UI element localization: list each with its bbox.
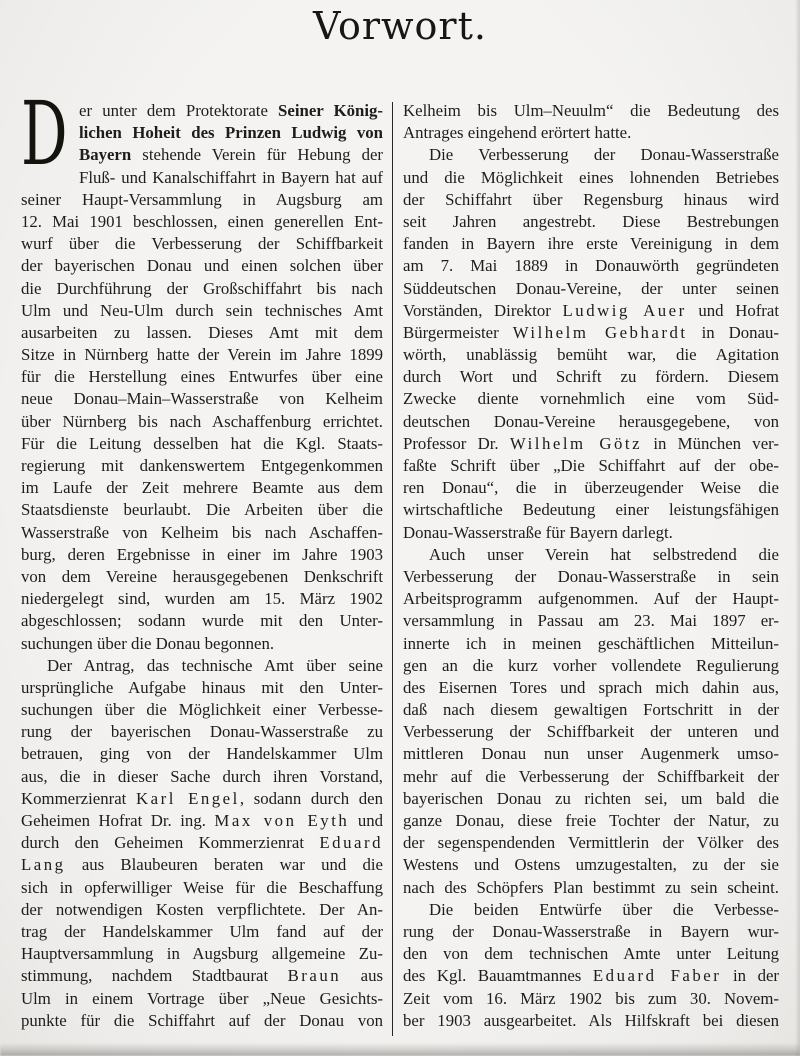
text-line: von dem Vereine herausgegebenen Denkschr… [21, 566, 383, 588]
text-segment: Antrages eingehend erörtert hatte. [403, 123, 631, 142]
text-segment: faßte Schrift über „Die Schiffahrt auf d… [403, 456, 779, 475]
text-segment: durch den Geheimen Kommerzienrat [21, 833, 319, 852]
text-line: regierung mit dankenswertem Entgegenkomm… [21, 455, 383, 477]
text-segment: , sodann durch den [240, 789, 383, 808]
text-line: er unter dem Protektorate Seiner König- [79, 100, 383, 122]
text-line: mehr auf die Verbesserung der Schiffbark… [403, 766, 779, 788]
text-segment: in München ver- [642, 434, 779, 453]
text-line: Die beiden Entwürfe über die Verbesse- [403, 899, 779, 921]
text-line: Westens und Ostens umzugestalten, zu der… [403, 854, 779, 876]
text-line: Bürgermeister Wilhelm Gebhardt in Donau- [403, 322, 779, 344]
text-line: rung der Donau-Wasserstraße in Bayern wu… [403, 921, 779, 943]
text-line: innerte ich in meinen geschäftlichen Mit… [403, 633, 779, 655]
text-line: Antrages eingehend erörtert hatte. [403, 122, 779, 144]
text-segment: ursprüngliche Aufgabe hinaus mit den Unt… [21, 678, 383, 697]
text-line: wirtschaftliche Bedeutung einer leistung… [403, 499, 779, 521]
text-segment: suchungen über die Möglichkeit einer Ver… [21, 700, 383, 719]
text-segment: daß nach diesem gewaltigen Fortschritt i… [403, 700, 779, 719]
text-segment: bayerischen Donau zu richten sei, um bal… [403, 789, 779, 808]
text-segment: fanden in Bayern ihre erste Vereinigung … [403, 234, 779, 253]
text-segment: des Eisernen Tores und sprach mich dahin… [403, 678, 779, 697]
text-line: Donau-Wasserstraße für Bayern darlegt. [403, 522, 779, 544]
text-line: Kelheim bis Ulm–Neuulm“ die Bedeutung de… [403, 100, 779, 122]
person-name: Max von Eyth [214, 811, 349, 830]
text-line: Der Antrag, das technische Amt über sein… [21, 655, 383, 677]
text-line: des Eisernen Tores und sprach mich dahin… [403, 677, 779, 699]
text-segment: Der Antrag, das technische Amt über sein… [47, 656, 383, 675]
text-line: sich in opferwilliger Weise für die Besc… [21, 877, 383, 899]
text-segment: ganze Donau, diese freie Tochter der Nat… [403, 811, 779, 830]
text-line: Zwecke diente vornehmlich eine vom Süd- [403, 388, 779, 410]
text-segment: 12. Mai 1901 beschlossen, einen generell… [21, 212, 383, 231]
text-segment: über Nürnberg bis nach Aschaffenburg err… [21, 412, 383, 431]
text-line: mittleren Donau nun unser Augenmerk umso… [403, 743, 779, 765]
person-name: Eduard Faber [593, 966, 721, 985]
text-segment: Geheimen Hofrat Dr. ing. [21, 811, 214, 830]
text-segment: Die beiden Entwürfe über die Verbesse- [429, 900, 779, 919]
text-line: Geheimen Hofrat Dr. ing. Max von Eyth un… [21, 810, 383, 832]
text-line: die Durchführung der Großschiffahrt bis … [21, 278, 383, 300]
text-line: abgeschlossen; sodann wurde mit den Unte… [21, 610, 383, 632]
text-segment: aus, die in dieser Sache durch ihren Vor… [21, 767, 383, 786]
text-segment: Die Verbesserung der Donau-Wasserstraße [429, 145, 779, 164]
text-line: nach des Schöpfers Plan bestimmt zu sein… [403, 877, 779, 899]
right-column: Kelheim bis Ulm–Neuulm“ die Bedeutung de… [403, 100, 779, 1032]
text-line: punkte für die Schiffahrt auf der Donau … [21, 1010, 383, 1032]
text-segment: Fluß- und Kanalschiffahrt in Bayern hat … [79, 168, 383, 187]
text-line: Die Verbesserung der Donau-Wasserstraße [403, 144, 779, 166]
scan-edge-shade [795, 0, 800, 1056]
text-segment: innerte ich in meinen geschäftlichen Mit… [403, 634, 779, 653]
text-line: des Kgl. Bauamtmannes Eduard Faber in de… [403, 965, 779, 987]
text-line: den von dem technischen Amte unter Leitu… [403, 943, 779, 965]
text-line: neue Donau–Main–Wasserstraße von Kelheim [21, 388, 383, 410]
text-segment: am 7. Mai 1889 in Donauwörth gegründeten [403, 256, 779, 275]
text-segment: nach des Schöpfers Plan bestimmt zu sein… [403, 878, 779, 897]
text-segment: Ulm in einem Vortrage über „Neue Gesicht… [21, 989, 383, 1008]
text-segment: Westens und Ostens umzugestalten, zu der… [403, 855, 779, 874]
text-line: betrauen, ging von der Handelskammer Ulm [21, 743, 383, 765]
text-segment: gen an die kurz vorher vollendete Reguli… [403, 656, 779, 675]
text-segment: burg, deren Ergebnisse in einer im Jahre… [21, 545, 383, 564]
text-segment: der bayerischen Donau und einen solchen … [21, 256, 383, 275]
text-line: durch Wort und Schrift zu fördern. Diese… [403, 366, 779, 388]
text-line: aus, die in dieser Sache durch ihren Vor… [21, 766, 383, 788]
text-line: burg, deren Ergebnisse in einer im Jahre… [21, 544, 383, 566]
text-line: Professor Dr. Wilhelm Götz in München ve… [403, 433, 779, 455]
text-segment: rung der Donau-Wasserstraße in Bayern wu… [403, 922, 779, 941]
text-segment: wörth, unablässig bemüht war, die Agitat… [403, 345, 779, 364]
text-segment: stimmung, nachdem Stadtbaurat [21, 966, 288, 985]
person-name: Wilhelm Götz [510, 434, 642, 453]
text-line: lichen Hoheit des Prinzen Ludwig von [79, 122, 383, 144]
text-line: ber 1903 ausgearbeitet. Als Hilfskraft b… [403, 1010, 779, 1032]
text-line: Ulm und Neu-Ulm durch sein technisches A… [21, 300, 383, 322]
text-segment: den von dem technischen Amte unter Leitu… [403, 944, 779, 963]
text-line: Lang aus Blaubeuren beraten war und die [21, 854, 383, 876]
text-segment: in der [721, 966, 779, 985]
text-line: durch den Geheimen Kommerzienrat Eduard [21, 832, 383, 854]
text-segment: für die Herstellung eines Entwurfes über… [21, 367, 383, 386]
column-divider-rule [392, 102, 393, 1036]
text-segment: versammlung in Passau am 23. Mai 1897 er… [403, 611, 779, 630]
text-segment: Arbeitsprogramm aufgenommen. Auf der Hau… [403, 589, 779, 608]
text-segment: sich in opferwilliger Weise für die Besc… [21, 878, 383, 897]
text-line: daß nach diesem gewaltigen Fortschritt i… [403, 699, 779, 721]
text-line: Wasserstraße von Kelheim bis nach Aschaf… [21, 522, 383, 544]
text-line: 12. Mai 1901 beschlossen, einen generell… [21, 211, 383, 233]
text-segment: Staatsdienste beurlaubt. Die Arbeiten üb… [21, 500, 383, 519]
text-line: suchungen über die Möglichkeit einer Ver… [21, 699, 383, 721]
text-line: für die Herstellung eines Entwurfes über… [21, 366, 383, 388]
text-segment: stehende Verein für Hebung der [131, 145, 383, 164]
text-line: seit Jahren angestrebt. Diese Bestrebung… [403, 211, 779, 233]
text-line: Vorständen, Direktor Ludwig Auer und Hof… [403, 300, 779, 322]
text-line: wurf über die Verbesserung der Schiffbar… [21, 233, 383, 255]
text-segment: suchungen über die Donau begonnen. [21, 634, 274, 653]
text-line: ganze Donau, diese freie Tochter der Nat… [403, 810, 779, 832]
text-line: ausarbeiten zu lassen. Dieses Amt mit de… [21, 322, 383, 344]
text-line: Für die Leitung desselben hat die Kgl. S… [21, 433, 383, 455]
text-line: Verbesserung der Donau-Wasserstraße in s… [403, 566, 779, 588]
text-segment: der Schiffahrt über Regensburg hinaus wi… [403, 190, 779, 209]
text-segment: wurf über die Verbesserung der Schiffbar… [21, 234, 383, 253]
text-segment: punkte für die Schiffahrt auf der Donau … [21, 1011, 383, 1030]
left-column: D er unter dem Protektorate Seiner König… [21, 100, 383, 1032]
text-segment: deutschen Donau-Vereine herausgegebene, … [403, 412, 779, 431]
person-name: Eduard [319, 833, 383, 852]
text-segment: Kommerzienrat [21, 789, 136, 808]
text-line: über Nürnberg bis nach Aschaffenburg err… [21, 411, 383, 433]
text-segment: Bürgermeister [403, 323, 513, 342]
text-segment: ber 1903 ausgearbeitet. Als Hilfskraft b… [403, 1011, 779, 1030]
text-segment: Kelheim bis Ulm–Neuulm“ die Bedeutung de… [403, 101, 779, 120]
text-segment: und [349, 811, 383, 830]
text-segment: Auch unser Verein hat selbstredend die [429, 545, 779, 564]
text-line: Staatsdienste beurlaubt. Die Arbeiten üb… [21, 499, 383, 521]
page-title: Vorwort. [0, 4, 800, 48]
text-columns: D er unter dem Protektorate Seiner König… [21, 100, 779, 1036]
text-segment: der segenspendenden Vermittlerin der Völ… [403, 833, 779, 852]
text-segment: niedergelegt sind, wurden am 15. März 19… [21, 589, 383, 608]
text-segment: von dem Vereine herausgegebenen Denkschr… [21, 567, 383, 586]
text-segment: aus [341, 966, 383, 985]
text-segment: Verbesserung der Schiffbarkeit der unter… [403, 722, 779, 741]
text-line: und die Möglichkeit eines lohnenden Betr… [403, 167, 779, 189]
text-line: rung der bayerischen Donau-Wasserstraße … [21, 721, 383, 743]
text-line: Ulm in einem Vortrage über „Neue Gesicht… [21, 988, 383, 1010]
text-segment: durch Wort und Schrift zu fördern. Diese… [403, 367, 779, 386]
text-line: wörth, unablässig bemüht war, die Agitat… [403, 344, 779, 366]
text-line: der bayerischen Donau und einen solchen … [21, 255, 383, 277]
text-segment: abgeschlossen; sodann wurde mit den Unte… [21, 611, 383, 630]
text-segment: des Kgl. Bauamtmannes [403, 966, 593, 985]
text-segment: in Donau- [688, 323, 779, 342]
text-line: am 7. Mai 1889 in Donauwörth gegründeten [403, 255, 779, 277]
text-line: niedergelegt sind, wurden am 15. März 19… [21, 588, 383, 610]
text-segment: neue Donau–Main–Wasserstraße von Kelheim [21, 389, 383, 408]
text-segment: mehr auf die Verbesserung der Schiffbark… [403, 767, 779, 786]
text-line: ren Donau“, die in überzeugender Weise d… [403, 477, 779, 499]
text-line: Hauptversammlung in Augsburg allgemeine … [21, 943, 383, 965]
text-line: gen an die kurz vorher vollendete Reguli… [403, 655, 779, 677]
text-segment: Zeit vom 16. März 1902 bis zum 30. Novem… [403, 989, 779, 1008]
text-segment: wirtschaftliche Bedeutung einer leistung… [403, 500, 779, 519]
drop-cap-letter: D [21, 90, 68, 178]
text-line: seiner Haupt-Versammlung in Augsburg am [21, 189, 383, 211]
text-segment: seit Jahren angestrebt. Diese Bestrebung… [403, 212, 779, 231]
text-segment: ren Donau“, die in überzeugender Weise d… [403, 478, 779, 497]
text-line: bayerischen Donau zu richten sei, um bal… [403, 788, 779, 810]
text-line: stimmung, nachdem Stadtbaurat Braun aus [21, 965, 383, 987]
text-segment: regierung mit dankenswertem Entgegenkomm… [21, 456, 383, 475]
text-line: Süddeutschen Donau-Vereine, der unter se… [403, 278, 779, 300]
text-segment: Für die Leitung desselben hat die Kgl. S… [21, 434, 383, 453]
person-name: Braun [288, 966, 342, 985]
text-line: Auch unser Verein hat selbstredend die [403, 544, 779, 566]
text-line: Arbeitsprogramm aufgenommen. Auf der Hau… [403, 588, 779, 610]
text-segment: Vorständen, Direktor [403, 301, 563, 320]
text-segment: betrauen, ging von der Handelskammer Ulm [21, 744, 383, 763]
text-line: Bayern stehende Verein für Hebung der [79, 144, 383, 166]
text-line: Kommerzienrat Karl Engel, sodann durch d… [21, 788, 383, 810]
text-segment: Süddeutschen Donau-Vereine, der unter se… [403, 279, 779, 298]
text-line: der notwendigen Kosten verpflichtete. De… [21, 899, 383, 921]
text-segment: der notwendigen Kosten verpflichtete. De… [21, 900, 383, 919]
text-segment: Zwecke diente vornehmlich eine vom Süd- [403, 389, 779, 408]
text-segment: ausarbeiten zu lassen. Dieses Amt mit de… [21, 323, 383, 342]
text-line: ursprüngliche Aufgabe hinaus mit den Unt… [21, 677, 383, 699]
text-segment: trag der Handelskammer Ulm fand auf der [21, 922, 383, 941]
text-line: suchungen über die Donau begonnen. [21, 633, 383, 655]
text-segment: aus Blaubeuren beraten war und die [66, 855, 383, 874]
text-segment: Sitze in Nürnberg hatte der Verein im Ja… [21, 345, 383, 364]
text-segment: Professor Dr. [403, 434, 510, 453]
text-line: Zeit vom 16. März 1902 bis zum 30. Novem… [403, 988, 779, 1010]
text-segment: mittleren Donau nun unser Augenmerk umso… [403, 744, 779, 763]
text-segment: und Hofrat [687, 301, 779, 320]
person-name: Ludwig Auer [563, 301, 687, 320]
text-segment: lichen Hoheit des Prinzen Ludwig von [79, 123, 383, 142]
text-segment: er unter dem Protektorate [79, 101, 278, 120]
text-segment: Verbesserung der Donau-Wasserstraße in s… [403, 567, 779, 586]
text-line: der Schiffahrt über Regensburg hinaus wi… [403, 189, 779, 211]
text-segment: und die Möglichkeit eines lohnenden Betr… [403, 168, 779, 187]
person-name: Lang [21, 855, 66, 874]
text-segment: Ulm und Neu-Ulm durch sein technisches A… [21, 301, 383, 320]
text-segment: Donau-Wasserstraße für Bayern darlegt. [403, 523, 673, 542]
text-segment: Wasserstraße von Kelheim bis nach Aschaf… [21, 523, 383, 542]
text-line: trag der Handelskammer Ulm fand auf der [21, 921, 383, 943]
text-line: Sitze in Nürnberg hatte der Verein im Ja… [21, 344, 383, 366]
text-line: der segenspendenden Vermittlerin der Völ… [403, 832, 779, 854]
text-segment: Seiner König- [278, 101, 383, 120]
text-line: im Laufe der Zeit mehrere Beamte aus dem [21, 477, 383, 499]
person-name: Wilhelm Gebhardt [513, 323, 688, 342]
text-segment: rung der bayerischen Donau-Wasserstraße … [21, 722, 383, 741]
text-segment: im Laufe der Zeit mehrere Beamte aus dem [21, 478, 383, 497]
text-segment: die Durchführung der Großschiffahrt bis … [21, 279, 383, 298]
text-segment: seiner Haupt-Versammlung in Augsburg am [21, 190, 383, 209]
scan-bottom-shadow [0, 1043, 800, 1056]
text-line: versammlung in Passau am 23. Mai 1897 er… [403, 610, 779, 632]
text-line: fanden in Bayern ihre erste Vereinigung … [403, 233, 779, 255]
text-segment: Bayern [79, 145, 131, 164]
text-segment: Hauptversammlung in Augsburg allgemeine … [21, 944, 383, 963]
text-line: faßte Schrift über „Die Schiffahrt auf d… [403, 455, 779, 477]
person-name: Karl Engel [136, 789, 240, 808]
drop-cap-initial: D [21, 103, 69, 169]
book-page: Vorwort. D er unter dem Protektorate Sei… [0, 0, 800, 1056]
text-line: Verbesserung der Schiffbarkeit der unter… [403, 721, 779, 743]
text-line: deutschen Donau-Vereine herausgegebene, … [403, 411, 779, 433]
text-line: Fluß- und Kanalschiffahrt in Bayern hat … [79, 167, 383, 189]
